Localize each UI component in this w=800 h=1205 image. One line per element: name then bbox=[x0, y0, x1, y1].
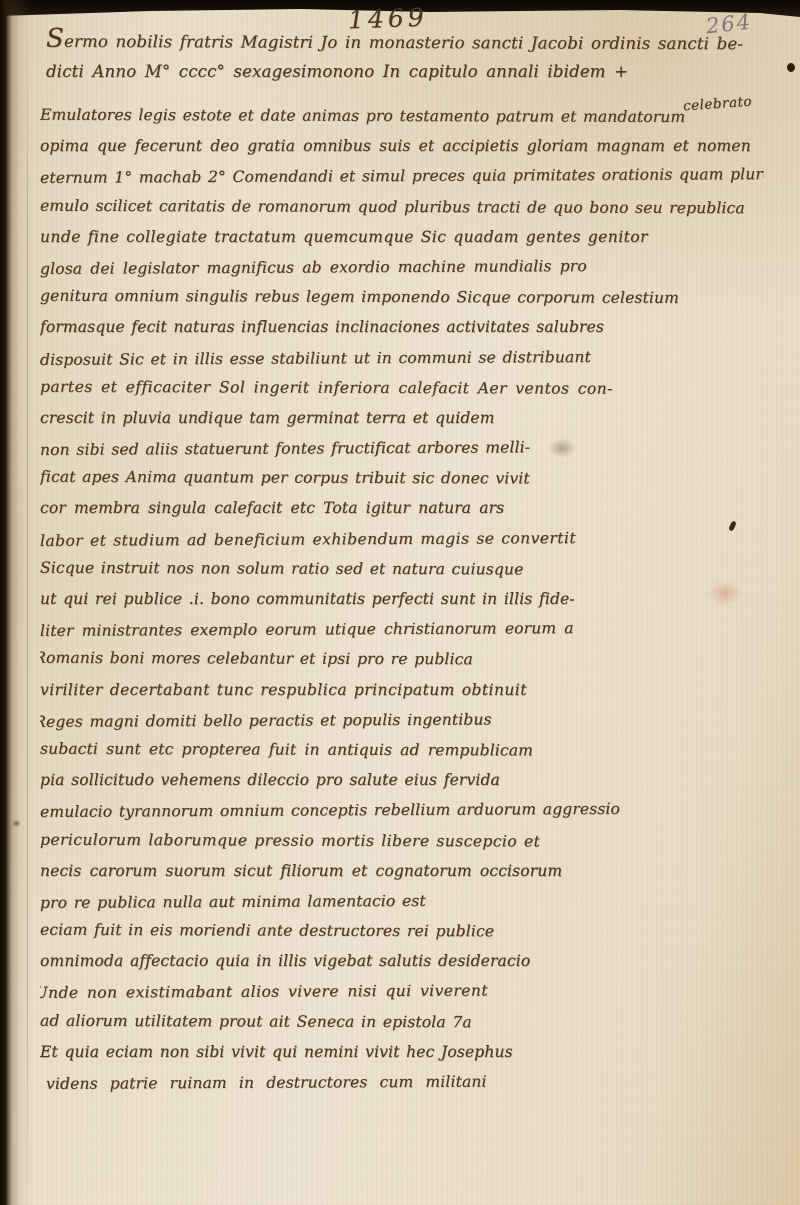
sermon-header: Sermo nobilis fratris Magistri Jo in mon… bbox=[46, 25, 743, 87]
body-line: formasque fecit naturas influencias incl… bbox=[40, 312, 764, 342]
body-line: ficat apes Anima quantum per corpus trib… bbox=[40, 462, 764, 495]
body-line: pro re publica nulla aut minima lamentac… bbox=[40, 884, 764, 918]
page-edge-line bbox=[27, 20, 28, 1200]
body-line: disposuit Sic et in illis esse stabiliun… bbox=[40, 341, 764, 375]
body-line: viriliter decertabant tunc respublica pr… bbox=[40, 675, 764, 705]
manuscript-photo: 1469 264 celebrato Sermo nobilis fratris… bbox=[0, 0, 800, 1205]
body-line: Et quia eciam non sibi vivit qui nemini … bbox=[40, 1037, 764, 1067]
body-line: Emulatores legis estote et date animas p… bbox=[40, 101, 764, 132]
body-line: emulacio tyrannorum omnium conceptis reb… bbox=[40, 793, 764, 827]
body-line: (Unde non existimabant alios vivere nisi… bbox=[40, 975, 764, 1009]
body-line: non sibi sed aliis statuerunt fontes fru… bbox=[40, 431, 764, 465]
body-line: videns patrie ruinam in destructores cum… bbox=[46, 1065, 764, 1097]
body-line: unde fine collegiate tractatum quemcumqu… bbox=[40, 222, 764, 252]
edge-fleck bbox=[12, 820, 21, 827]
body-line: opima que fecerunt deo gratia omnibus su… bbox=[40, 131, 764, 161]
body-line: emulo scilicet caritatis de romanorum qu… bbox=[40, 190, 764, 223]
body-line: partes et efficaciter Sol ingerit inferi… bbox=[40, 371, 764, 404]
body-line: liter ministrantes exemplo eorum utique … bbox=[40, 612, 764, 646]
binding-gutter-shadow bbox=[0, 0, 34, 1205]
body-line: (Reges magni domiti bello peractis et po… bbox=[40, 703, 764, 737]
ink-dot bbox=[787, 63, 795, 72]
body-line: crescit in pluvia undique tam germinat t… bbox=[40, 403, 764, 433]
body-line: ad aliorum utilitatem prout ait Seneca i… bbox=[40, 1005, 764, 1038]
body-line: ut qui rei publice .i. bono communitatis… bbox=[40, 584, 764, 614]
body-line: periculorum laborumque pressio mortis li… bbox=[40, 824, 764, 857]
body-line: labor et studium ad beneficium exhibendu… bbox=[40, 522, 764, 556]
header-line: dicti Anno M° cccc° sexagesimonono In ca… bbox=[46, 56, 743, 87]
body-line: eciam fuit in eis moriendi ante destruct… bbox=[40, 915, 764, 948]
body-line: (Romanis boni mores celebantur et ipsi p… bbox=[40, 643, 764, 676]
body-line: omnimoda affectacio quia in illis vigeba… bbox=[40, 946, 764, 976]
body-line: eternum 1° machab 2° Comendandi et simul… bbox=[40, 159, 764, 193]
header-line: Sermo nobilis fratris Magistri Jo in mon… bbox=[46, 24, 743, 57]
red-wax-stain bbox=[708, 580, 742, 606]
body-line: glosa dei legislator magnificus ab exord… bbox=[40, 250, 764, 284]
body-line: pia sollicitudo vehemens dileccio pro sa… bbox=[40, 765, 764, 795]
body-line: genitura omnium singulis rebus legem imp… bbox=[40, 281, 764, 314]
body-line: Sicque instruit nos non solum ratio sed … bbox=[40, 553, 764, 586]
body-line: necis carorum suorum sicut filiorum et c… bbox=[40, 856, 764, 886]
sermon-body: Emulatores legis estote et date animas p… bbox=[40, 101, 764, 1097]
body-line: cor membra singula calefacit etc Tota ig… bbox=[40, 493, 764, 523]
ink-smudge-stain bbox=[548, 438, 576, 458]
body-line: subacti sunt etc propterea fuit in antiq… bbox=[40, 734, 764, 767]
